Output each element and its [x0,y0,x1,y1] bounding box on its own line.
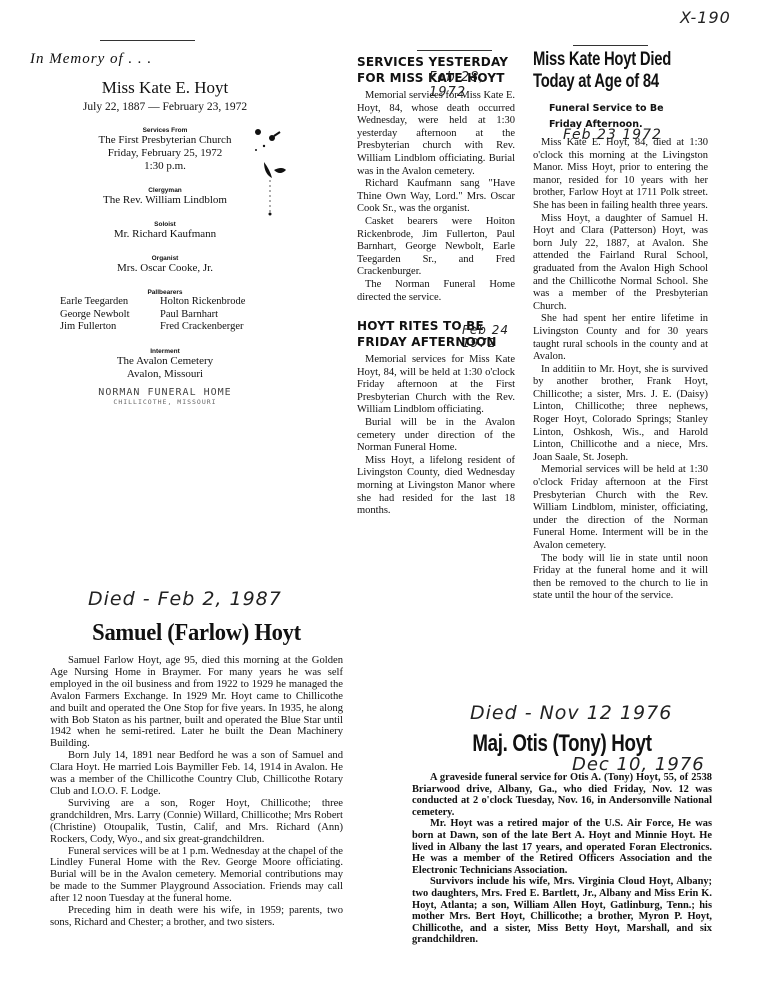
paragraph: Burial will be in the Avalon cemetery un… [357,417,515,455]
card-name: Miss Kate E. Hoyt [20,78,310,98]
paragraph: The Norman Funeral Home directed the ser… [357,279,515,304]
paragraph: Preceding him in death were his wife, in… [50,905,343,929]
paragraph: Survivors include his wife, Mrs. Virgini… [412,876,712,946]
paragraph: Surviving are a son, Roger Hoyt, Chillic… [50,798,343,846]
paragraph: Funeral services will be at 1 p.m. Wedne… [50,846,343,906]
pallbearers-label: Pallbearers [20,289,310,296]
funeral-home-stamp: NORMAN FUNERAL HOME [20,387,310,398]
paragraph: Born July 14, 1891 near Bedford he was a… [50,750,343,798]
pallbearer: George Newbolt [60,309,160,322]
paragraph: Memorial services will be held at 1:30 o… [533,464,708,552]
paragraph: The body will lie in state until noon Fr… [533,553,708,603]
interment-label: Interment [20,348,310,355]
paragraph: Mr. Hoyt was a retired major of the U.S.… [412,818,712,876]
memorial-card: In Memory of . . . Miss Kate E. Hoyt Jul… [20,40,310,406]
pallbearer: Jim Fullerton [60,321,160,334]
pallbearer: Paul Barnhart [160,309,280,322]
paragraph: Miss Kate E. Hoyt, 84, died at 1:30 o'cl… [533,137,708,213]
flower-ornament-icon [250,110,290,220]
paragraph: She had spent her entire lifetime in Liv… [533,313,708,363]
page-number-mark: X-190 [680,8,731,27]
headline: Today at Age of 84 [533,71,670,93]
interment-line: Avalon, Missouri [20,368,310,381]
pallbearer: Earle Teegarden [60,296,160,309]
handwritten-date: Feb 23 1972 [563,127,662,143]
organist-label: Organist [20,255,310,262]
pallbearers-list: Earle Teegarden Holton Rickenbrode Georg… [30,296,310,334]
subheadline: Funeral Service to Be [549,101,708,117]
clip-died-today: Miss Kate Hoyt Died Today at Age of 84 F… [533,45,708,603]
headline: SERVICES YESTERDAY [357,54,515,70]
paragraph: Miss Hoyt, a daughter of Samuel H. Hoyt … [533,213,708,314]
paragraph: In additiin to Mr. Hoyt, she is survived… [533,364,708,465]
paragraph: Memorial services for Miss Kate Hoyt, 84… [357,354,515,417]
pallbearer: Holton Rickenbrode [160,296,280,309]
clip-otis-hoyt: Maj. Otis (Tony) Hoyt Dec 10, 1976 A gra… [412,730,712,946]
headline: Miss Kate Hoyt Died [533,49,670,71]
soloist-label: Soloist [20,221,310,228]
clip-rites-friday: HOYT RITES TO BE FRIDAY AFTERNOON Feb 24… [357,318,515,518]
soloist-name: Mr. Richard Kaufmann [20,228,310,241]
divider [573,45,648,46]
paragraph: Samuel Farlow Hoyt, age 95, died this mo… [50,655,343,750]
paragraph: A graveside funeral service for Otis A. … [412,772,712,818]
divider [417,50,492,51]
clip-services-yesterday: SERVICES YESTERDAY FOR MISS KATE HOYT Fe… [357,50,515,304]
divider [100,40,195,41]
card-intro: In Memory of . . . [30,51,310,68]
paragraph: Miss Hoyt, a lifelong resident of Living… [357,455,515,518]
clip-samuel-hoyt: Samuel (Farlow) Hoyt Samuel Farlow Hoyt,… [50,620,343,929]
handwritten-date: Dec 10, 1976 [572,754,705,775]
interment-line: The Avalon Cemetery [20,355,310,368]
handwritten-note: Died - Nov 12 1976 [470,702,672,724]
paragraph: Memorial services for Miss Kate E. Hoyt,… [357,90,515,178]
paragraph: Richard Kaufmann sang "Have Thine Own Wa… [357,178,515,216]
headline: Samuel (Farlow) Hoyt [59,620,334,647]
paragraph: Casket bearers were Hoiton Rickenbrode, … [357,216,515,279]
pallbearer: Fred Crackenberger [160,321,280,334]
handwritten-date: Feb 28, 1972 [429,70,515,100]
handwritten-note: Died - Feb 2, 1987 [88,588,282,610]
handwritten-date: Feb 24 1972 [462,324,517,350]
organist-name: Mrs. Oscar Cooke, Jr. [20,262,310,275]
funeral-home-city: CHILLICOTHE, MISSOURI [20,398,310,406]
